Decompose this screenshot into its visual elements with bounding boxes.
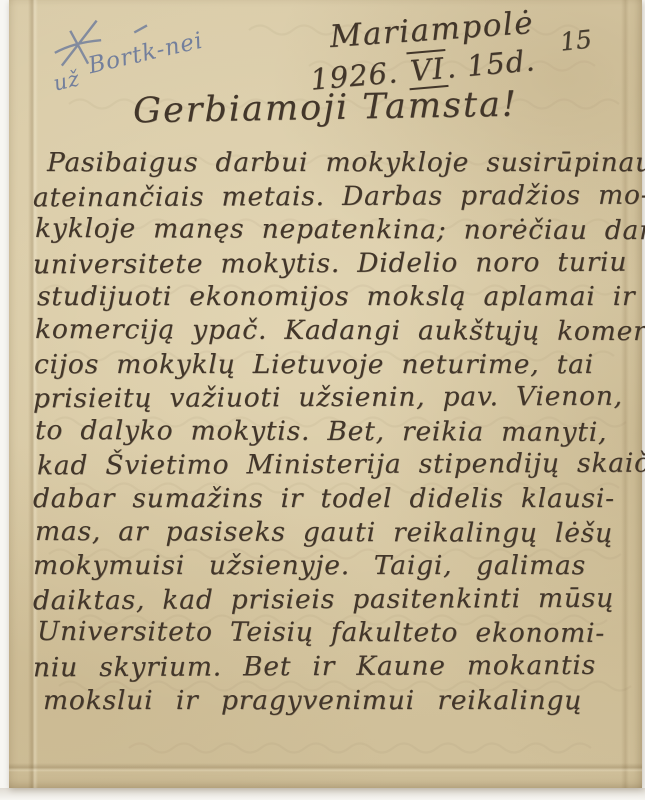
handwritten-line: dabar sumažins ir todel didelis klausi- [33,482,629,516]
handwritten-line: daiktas, kad prisieis pasitenkinti mūsų [33,581,629,617]
handwritten-line: kad Švietimo Ministerija stipendijų skai… [37,447,629,483]
fold-crease-bottom [9,763,642,772]
handwritten-line: cijos mokyklų Lietuvoje neturime, tai [34,348,629,382]
handwritten-line: niu skyrium. Bet ir Kaune mokantis [33,649,629,685]
paper-edge-shadow [0,788,645,800]
handwritten-line: mas, ar pasiseks gauti reikalingų lėšų [35,514,629,550]
letter-body: Pasibaigus darbui mokykloje susirūpinau … [33,146,629,717]
handwritten-line: komerciją ypač. Kadangi aukštųjų komer- [35,313,629,349]
handwritten-line: prisieitų važiuoti užsienin, pav. Vienon… [33,380,629,416]
letter-header: Mariampolė 1926. VI. 15d. [310,12,554,87]
handwritten-line: ateinančiais metais. Darbas pradžios mo- [33,178,629,214]
handwritten-line: Pasibaigus darbui mokykloje susirūpinau [33,146,629,180]
handwritten-line: mokslui ir pragyvenimui reikalingų [43,684,629,718]
handwritten-line: mokymuisi užsienyje. Taigi, galimas [33,549,629,583]
letter-paper: už Bortk-nei 15 Mariampolė 1926. VI. 15d… [9,0,642,788]
handwritten-line: kykloje manęs nepatenkina; norėčiau dar [35,212,629,248]
annotation-word-1: už [51,66,82,95]
page-number: 15 [559,24,594,56]
handwritten-line: Universiteto Teisių fakulteto ekonomi- [37,615,629,651]
handwritten-line: universitete mokytis. Didelio noro turiu [33,245,629,281]
handwritten-line: studijuoti ekonomijos mokslą aplamai ir [37,280,629,314]
date-day: 15d. [466,43,537,83]
date-month-roman: VI [407,49,449,90]
handwritten-line: to dalyko mokytis. Bet, reikia manyti, [35,414,629,450]
scanned-letter: už Bortk-nei 15 Mariampolė 1926. VI. 15d… [0,0,645,800]
